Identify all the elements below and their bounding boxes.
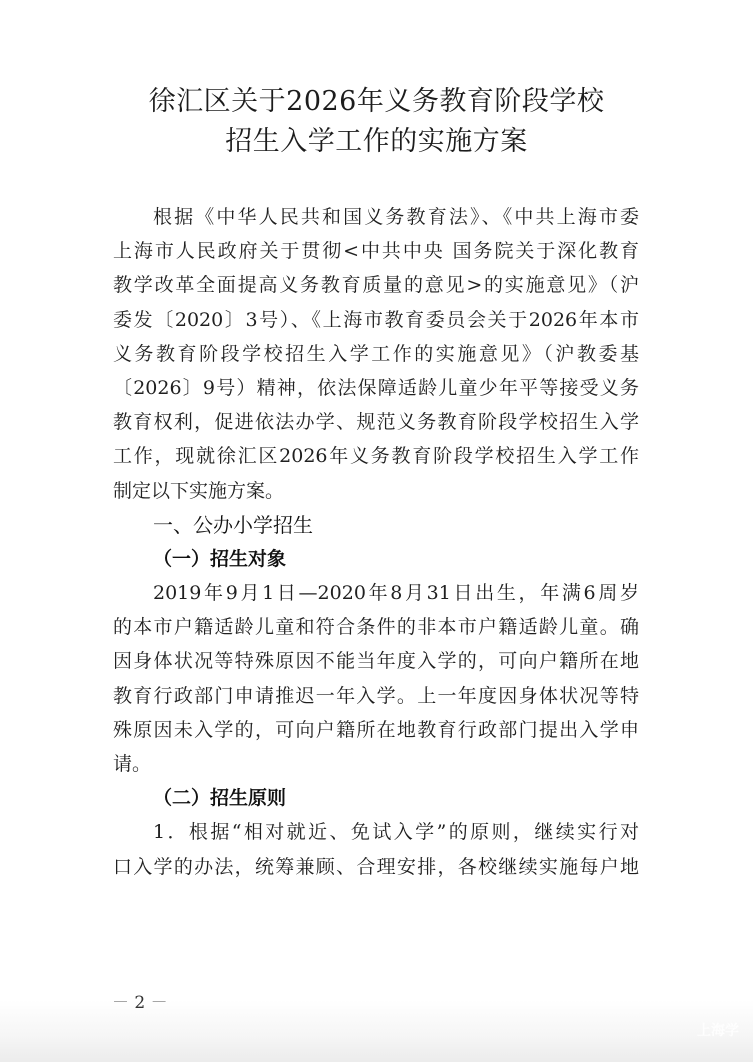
section-heading-1-1: （一）招生对象: [113, 542, 639, 576]
title-line-2: 招生入学工作的实施方案: [0, 122, 753, 162]
body-line: 口入学的办法，统筹兼顾、合理安排，各校继续实施每户地: [113, 850, 639, 884]
document-page: 徐汇区关于2026年义务教育阶段学校 招生入学工作的实施方案 根据《中华人民共和…: [0, 0, 753, 1062]
document-title: 徐汇区关于2026年义务教育阶段学校 招生入学工作的实施方案: [0, 82, 753, 162]
body-line: 根据《中华人民共和国义务教育法》、《中共上海市委: [113, 200, 639, 234]
body-line: 教育行政部门申请推迟一年入学。上一年度因身体状况等特: [113, 679, 639, 713]
document-body: 根据《中华人民共和国义务教育法》、《中共上海市委 上海市人民政府关于贯彻<中共中…: [113, 200, 639, 884]
body-line: 请。: [113, 747, 639, 781]
page-number-dash-left: －: [112, 993, 129, 1013]
body-line: 上海市人民政府关于贯彻<中共中央 国务院关于深化教育: [113, 234, 639, 268]
page-number-value: 2: [134, 993, 145, 1013]
body-line: 义务教育阶段学校招生入学工作的实施意见》（沪教委基: [113, 337, 639, 371]
body-line: 的本市户籍适龄儿童和符合条件的非本市户籍适龄儿童。确: [113, 610, 639, 644]
page-number: － 2 －: [112, 988, 168, 1013]
body-line: 〔2026〕9号）精神，依法保障适龄儿童少年平等接受义务: [113, 371, 639, 405]
body-line: 因身体状况等特殊原因不能当年度入学的，可向户籍所在地: [113, 644, 639, 678]
body-line: 殊原因未入学的，可向户籍所在地教育行政部门提出入学申: [113, 713, 639, 747]
section-heading-1-2: （二）招生原则: [113, 781, 639, 815]
body-line: 工作，现就徐汇区2026年义务教育阶段学校招生入学工作: [113, 439, 639, 473]
body-line: 教育权利，促进依法办学、规范义务教育阶段学校招生入学: [113, 405, 639, 439]
title-line-1: 徐汇区关于2026年义务教育阶段学校: [0, 82, 753, 122]
body-line: 制定以下实施方案。: [113, 474, 639, 508]
body-line: 1．根据“相对就近、免试入学”的原则，继续实行对: [113, 815, 639, 849]
body-line: 委发〔2020〕3号）、《上海市教育委员会关于2026年本市: [113, 303, 639, 337]
section-heading-1: 一、公办小学招生: [113, 508, 639, 542]
body-line: 2019年9月1日—2020年8月31日出生，年满6周岁: [113, 576, 639, 610]
watermark: 上海学: [697, 1020, 739, 1040]
page-number-dash-right: －: [151, 993, 168, 1013]
body-line: 教学改革全面提高义务教育质量的意见>的实施意见》（沪: [113, 268, 639, 302]
